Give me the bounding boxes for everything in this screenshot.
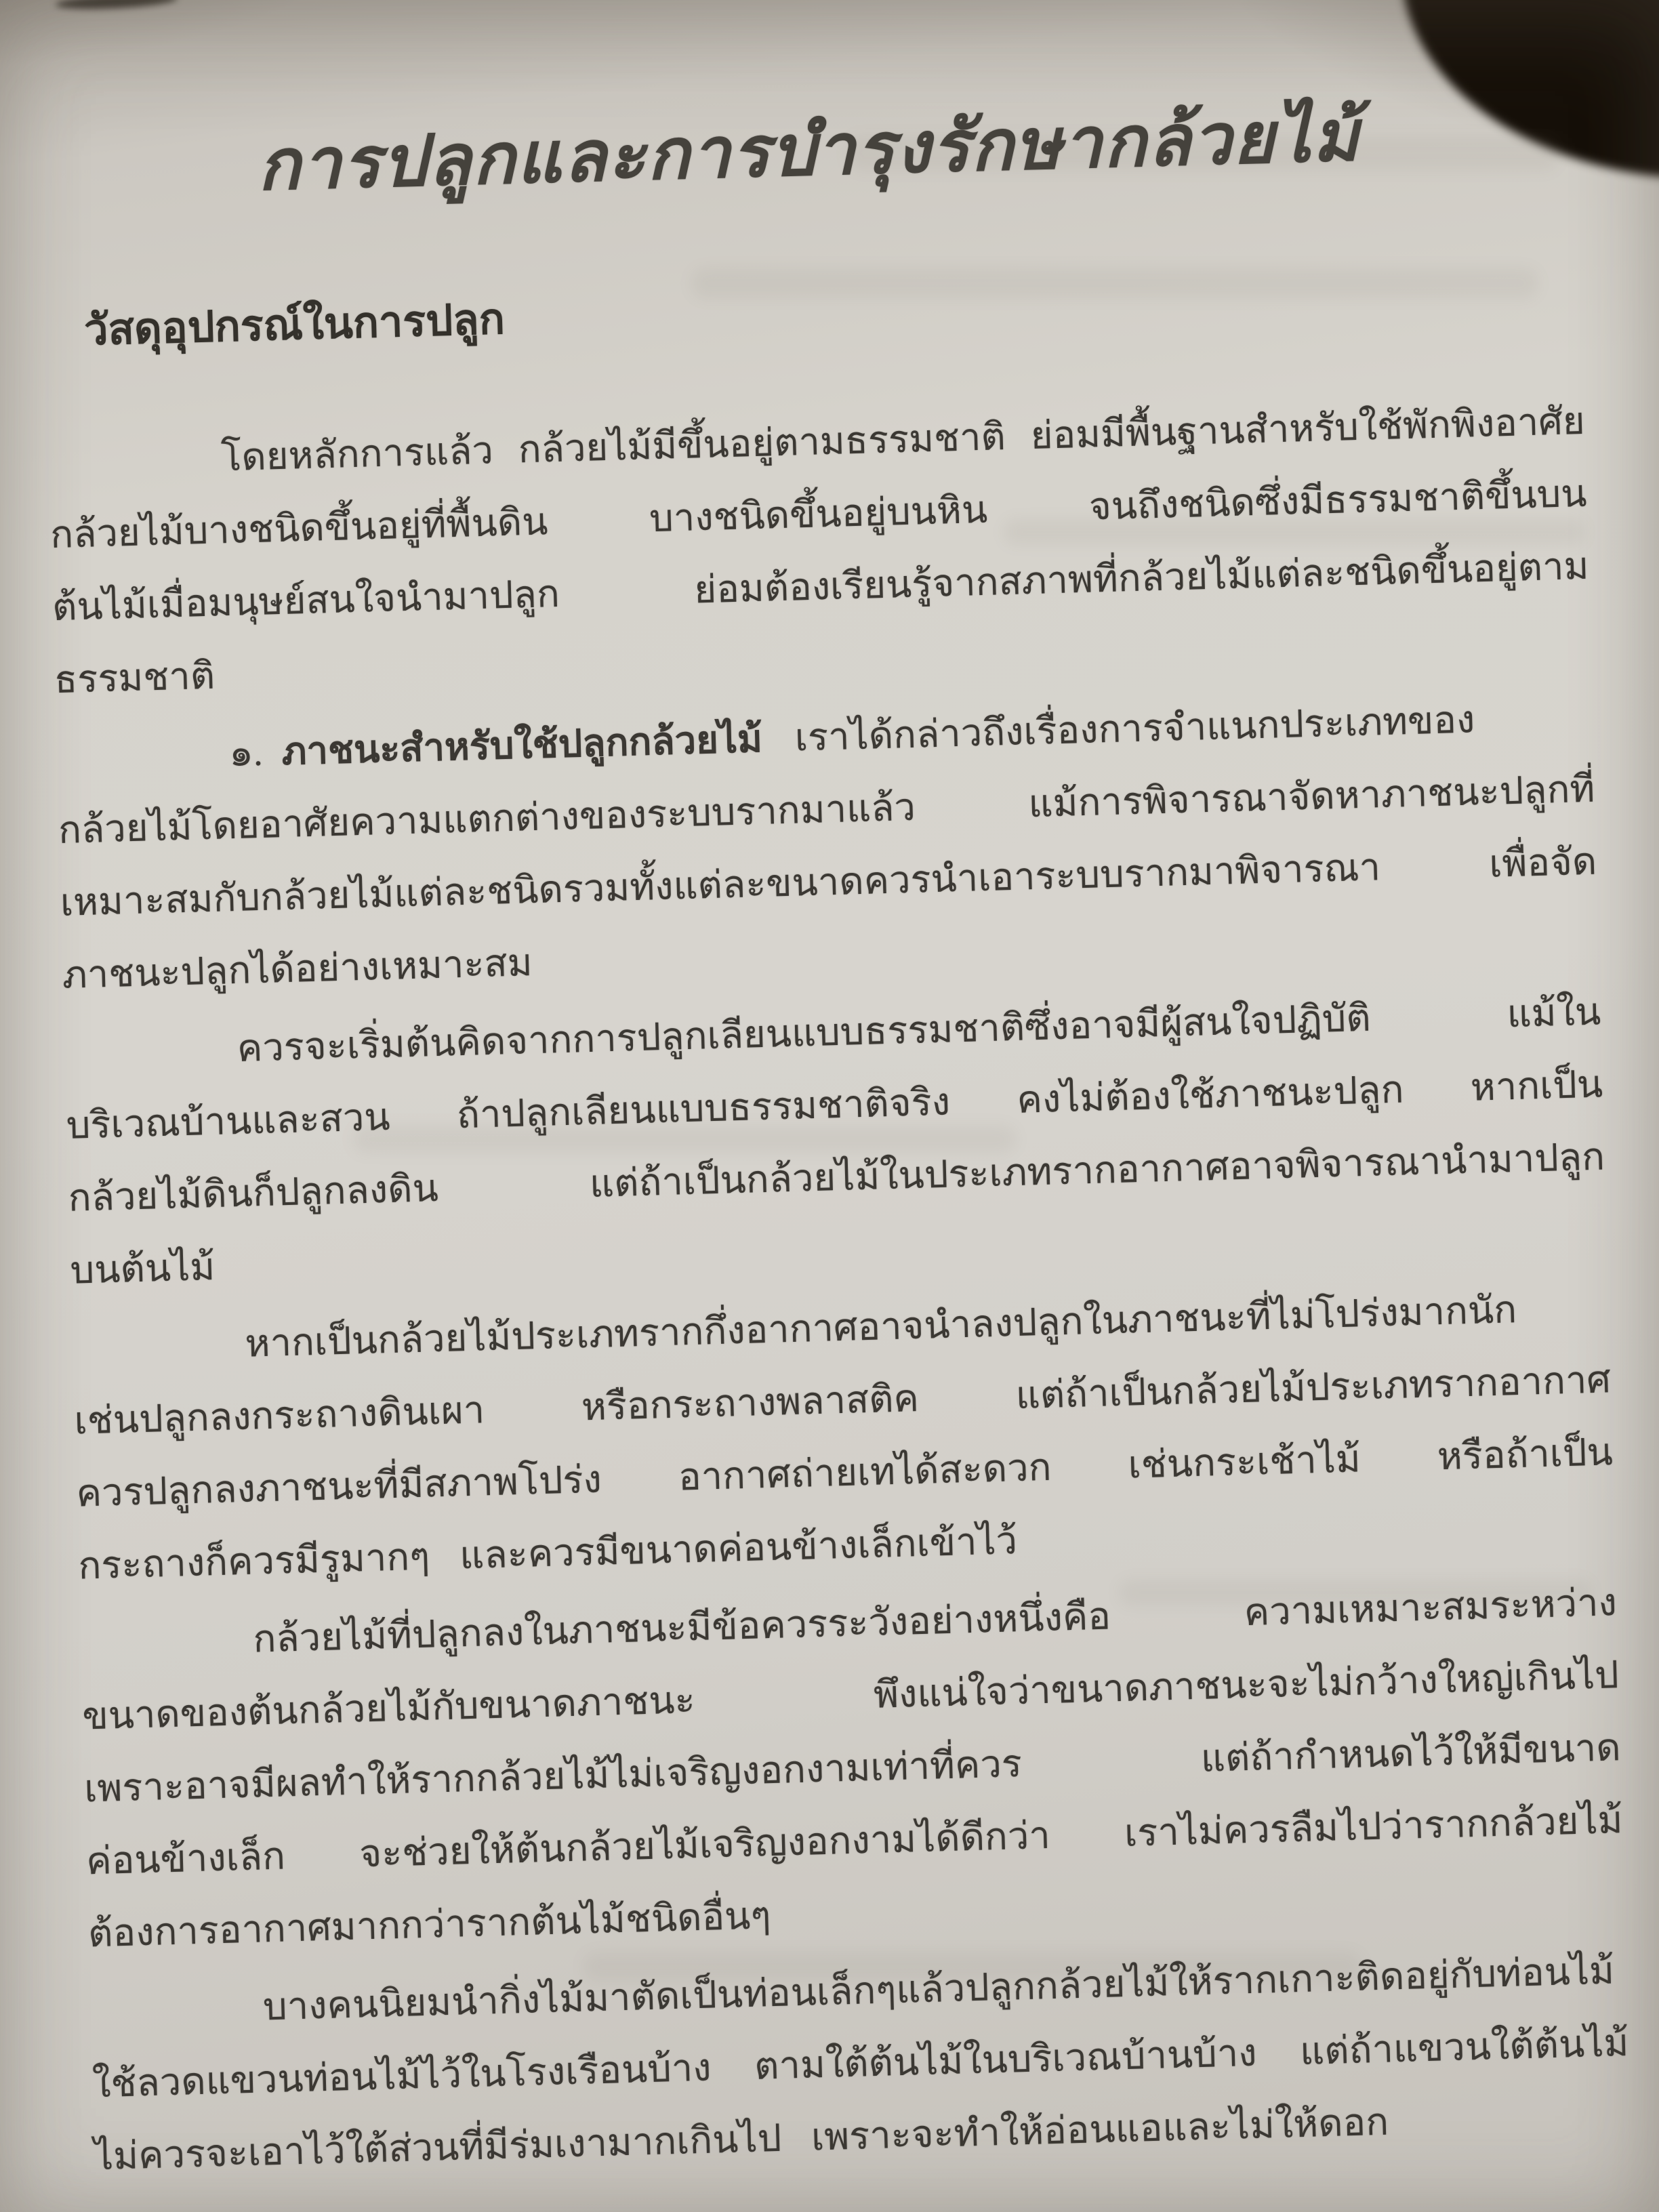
paragraph-container-types: หากเป็นกล้วยไม้ประเภทรากกึ่งอากาศอาจนำลง… xyxy=(71,1272,1616,1603)
page-edge-shadow xyxy=(56,0,178,12)
paragraph-intro: โดยหลักการแล้ว กล้วยไม้มีขึ้นอยู่ตามธรรม… xyxy=(47,386,1592,717)
body-text: โดยหลักการแล้ว กล้วยไม้มีขึ้นอยู่ตามธรรม… xyxy=(47,386,1632,2194)
item-number: ๑. xyxy=(228,732,263,775)
item-lead-text: เราได้กล่าวถึงเรื่องการจำแนกประเภทของ xyxy=(794,699,1475,760)
page-title: การปลูกและการบำรุงรักษากล้วยไม้ xyxy=(66,83,1551,218)
paragraph-imitate-nature: ควรจะเริ่มต้นคิดจากการปลูกเลียนแบบธรรมชา… xyxy=(64,977,1608,1308)
paragraph-item-1: ๑.ภาชนะสำหรับใช้ปลูกกล้วยไม้เราได้กล่าวถ… xyxy=(56,681,1600,1012)
paragraph-container-size: กล้วยไม้ที่ปลูกลงในภาชนะมีข้อควรระวังอย่… xyxy=(79,1568,1626,1971)
section-heading: วัสดุอุปกรณ์ในการปลูก xyxy=(83,255,1582,364)
item-body-lines: กล้วยไม้โดยอาศัยความแตกต่างของระบบรากมาแ… xyxy=(58,754,1600,1012)
paragraph-wood-blocks: บางคนนิยมนำกิ่งไม้มาตัดเป็นท่อนเล็กๆแล้ว… xyxy=(89,1935,1632,2194)
item-heading: ภาชนะสำหรับใช้ปลูกกล้วยไม้ xyxy=(281,718,763,773)
page-content: การปลูกและการบำรุงรักษากล้วยไม้ วัสดุอุป… xyxy=(0,0,1659,2196)
book-page-photo: การปลูกและการบำรุงรักษากล้วยไม้ วัสดุอุป… xyxy=(0,0,1659,2212)
